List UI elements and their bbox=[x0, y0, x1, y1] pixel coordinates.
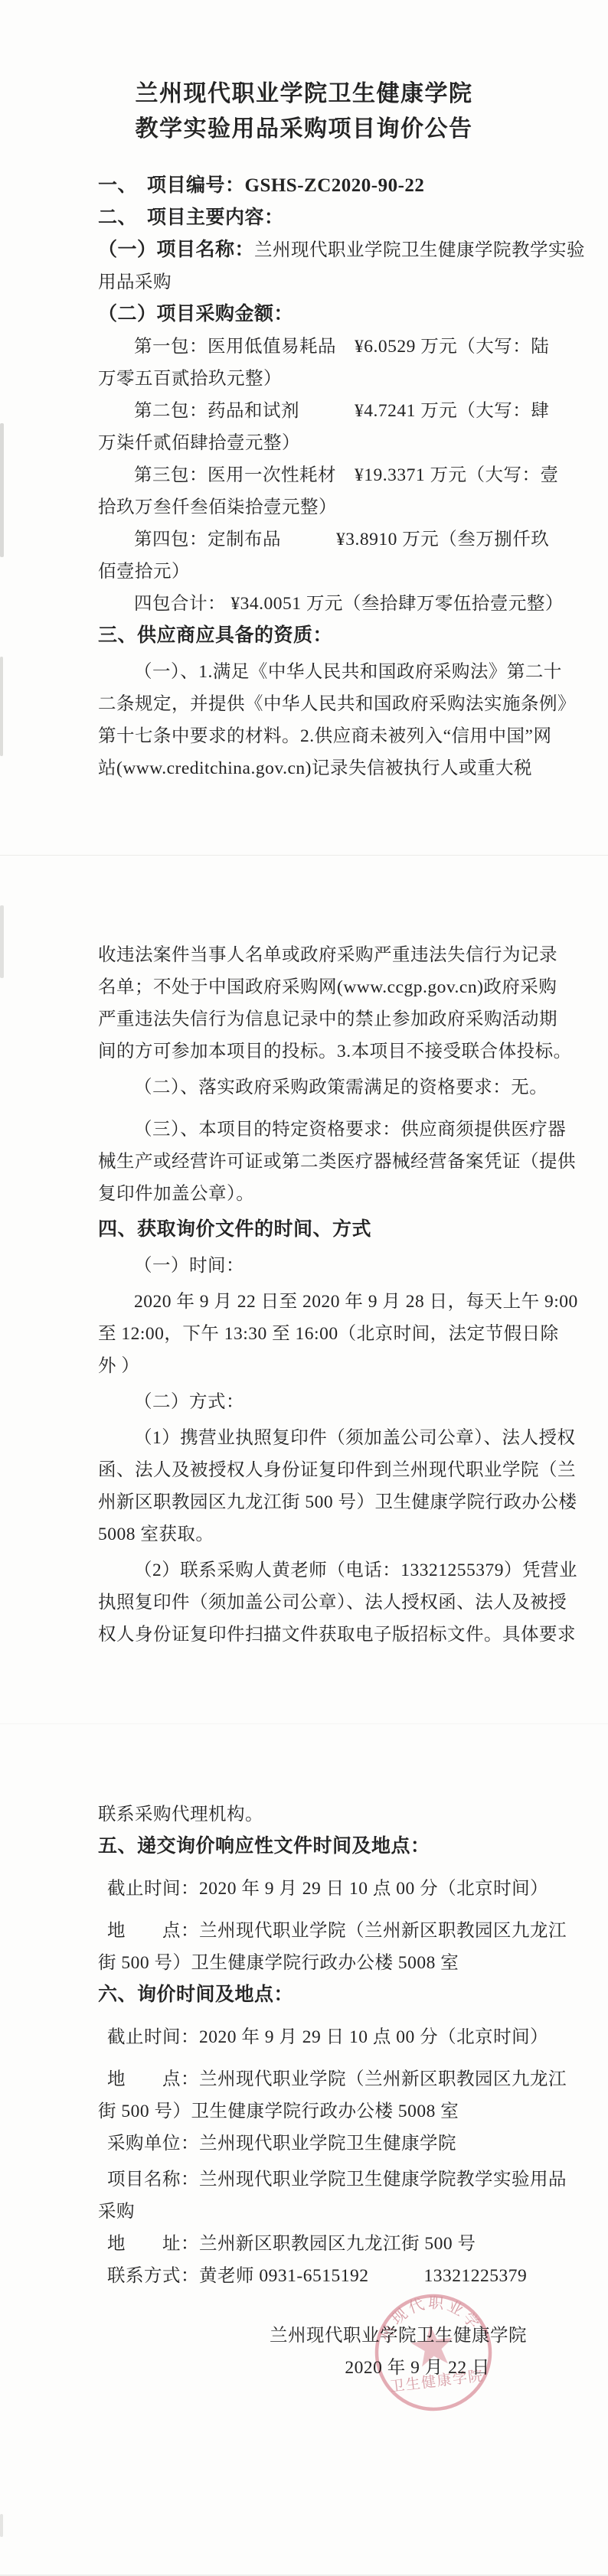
doc-line: 四包合计： ¥34.0051 万元（叁拾肆万零伍拾壹元整） bbox=[0, 588, 608, 620]
doc-line: 五、递交询价响应性文件时间及地点： bbox=[0, 1831, 608, 1863]
seal-star-icon bbox=[409, 2323, 456, 2368]
doc-line-text: 五、递交询价响应性文件时间及地点： bbox=[98, 1836, 430, 1857]
doc-line: （二）方式： bbox=[0, 1386, 608, 1418]
doc-line: 2020 年 9 月 22 日至 2020 年 9 月 28 日，每天上午 9:… bbox=[0, 1286, 608, 1318]
doc-line-text: 佰壹拾元） bbox=[98, 562, 190, 582]
doc-line-text: 5008 室获取。 bbox=[98, 1524, 214, 1544]
doc-line: （一）、1.满足《中华人民共和国政府采购法》第二十 bbox=[0, 656, 608, 688]
doc-line: 截止时间：2020 年 9 月 29 日 10 点 00 分（北京时间） bbox=[0, 2021, 608, 2053]
doc-line: （2）联系采购人黄老师（电话：13321255379）凭营业 bbox=[0, 1554, 608, 1586]
doc-line: （一）时间： bbox=[0, 1250, 608, 1282]
doc-line: 拾玖万叁仟叁佰柒拾壹元整） bbox=[0, 491, 608, 523]
doc-line: 权人身份证复印件扫描文件获取电子版招标文件。具体要求 bbox=[0, 1619, 608, 1651]
doc-line-label: （一）项目名称： bbox=[98, 240, 254, 260]
document-page: 兰州现代职业学院卫生健康学院 教学实验用品采购项目询价公告 一、 项目编号：GS… bbox=[0, 0, 608, 2576]
doc-line: 名单；不处于中国政府采购网(www.ccgp.gov.cn)政府采购 bbox=[0, 971, 608, 1003]
doc-line: 外 ） bbox=[0, 1350, 608, 1382]
doc-line-text: 外 ） bbox=[98, 1356, 139, 1376]
doc-line: 六、询价时间及地点： bbox=[0, 1979, 608, 2011]
doc-line-text: 地 址：兰州新区职教园区九龙江街 500 号 bbox=[107, 2234, 476, 2254]
doc-line: （三）、本项目的特定资格要求：供应商须提供医疗器 bbox=[0, 1114, 608, 1146]
doc-line: 地 点：兰州现代职业学院（兰州新区职教园区九龙江 bbox=[0, 1915, 608, 1947]
doc-line-text: 六、询价时间及地点： bbox=[98, 1984, 293, 2005]
doc-line: （二）、落实政府采购政策需满足的资格要求：无。 bbox=[0, 1071, 608, 1104]
doc-line-text: 用品采购 bbox=[98, 272, 172, 292]
doc-line-text: 第一包：医用低值易耗品 ¥6.0529 万元（大写：陆 bbox=[134, 337, 549, 357]
doc-line-text: 间的方可参加本项目的投标。3.本项目不接受联合体投标。 bbox=[98, 1042, 572, 1061]
doc-line-text: 二条规定，并提供《中华人民共和国政府采购法实施条例》 bbox=[98, 694, 576, 714]
doc-line-text: 地 点：兰州现代职业学院（兰州新区职教园区九龙江 bbox=[107, 2069, 567, 2089]
doc-line: 三、供应商应具备的资质： bbox=[0, 620, 608, 652]
doc-line-text: 联系采购代理机构。 bbox=[98, 1805, 263, 1824]
doc-line: 用品采购 bbox=[0, 266, 608, 298]
doc-title-line2: 教学实验用品采购项目询价公告 bbox=[0, 112, 608, 147]
doc-line: 一、 项目编号：GSHS-ZC2020-90-22 bbox=[0, 170, 608, 202]
doc-line-text: 联系方式：黄老师 0931-6515192 13321225379 bbox=[107, 2266, 527, 2286]
doc-line: 第四包：定制布品 ¥3.8910 万元（叁万捌仟玖 bbox=[0, 523, 608, 556]
doc-line: 第二包：药品和试剂 ¥4.7241 万元（大写：肆 bbox=[0, 395, 608, 427]
doc-line: 联系采购代理机构。 bbox=[0, 1798, 608, 1831]
doc-line-text: 万零五百贰拾玖元整） bbox=[98, 369, 282, 389]
doc-line-text: 执照复印件（须加盖公司公章）、法人授权函、法人及被授 bbox=[98, 1593, 567, 1612]
doc-line-text: 严重违法失信行为信息记录中的禁止参加政府采购活动期 bbox=[98, 1009, 557, 1029]
scan-artifact bbox=[0, 2514, 3, 2537]
doc-line-text: 四、获取询价文件的时间、方式 bbox=[98, 1219, 371, 1240]
seal-bottom-text: 卫生健康学院 bbox=[389, 2367, 485, 2395]
doc-line-text: （一）时间： bbox=[134, 1256, 244, 1276]
doc-line: 截止时间：2020 年 9 月 29 日 10 点 00 分（北京时间） bbox=[0, 1873, 608, 1905]
doc-line: （1）携营业执照复印件（须加盖公司公章）、法人授权 bbox=[0, 1422, 608, 1454]
doc-line-text: （二）方式： bbox=[134, 1392, 244, 1412]
doc-line: 严重违法失信行为信息记录中的禁止参加政府采购活动期 bbox=[0, 1003, 608, 1035]
doc-line: 至 12:00，下午 13:30 至 16:00（北京时间，法定节假日除 bbox=[0, 1318, 608, 1350]
doc-line: 联系方式：黄老师 0931-6515192 13321225379 bbox=[0, 2260, 608, 2292]
doc-line-text: 第二包：药品和试剂 ¥4.7241 万元（大写：肆 bbox=[134, 401, 549, 421]
doc-line-text: （二）、落实政府采购政策需满足的资格要求：无。 bbox=[134, 1078, 548, 1097]
doc-line-text: 州新区职教园区九龙江街 500 号）卫生健康学院行政办公楼 bbox=[98, 1492, 577, 1512]
doc-line-text: 街 500 号）卫生健康学院行政办公楼 5008 室 bbox=[98, 1953, 459, 1973]
doc-line-text: （2）联系采购人黄老师（电话：13321255379）凭营业 bbox=[134, 1560, 577, 1580]
doc-line: 四、获取询价文件的时间、方式 bbox=[0, 1214, 608, 1246]
doc-line: 第三包：医用一次性耗材 ¥19.3371 万元（大写：壹 bbox=[0, 459, 608, 491]
doc-line: 万零五百贰拾玖元整） bbox=[0, 363, 608, 395]
doc-line: 间的方可参加本项目的投标。3.本项目不接受联合体投标。 bbox=[0, 1035, 608, 1068]
doc-line: 第一包：医用低值易耗品 ¥6.0529 万元（大写：陆 bbox=[0, 331, 608, 363]
doc-line: 州新区职教园区九龙江街 500 号）卫生健康学院行政办公楼 bbox=[0, 1486, 608, 1518]
doc-line-text: 一、 项目编号：GSHS-ZC2020-90-22 bbox=[98, 175, 424, 196]
doc-line: 地 点：兰州现代职业学院（兰州新区职教园区九龙江 bbox=[0, 2063, 608, 2095]
signature-org: 兰州现代职业学院卫生健康学院 bbox=[0, 2320, 608, 2352]
doc-line: 收违法案件当事人名单或政府采购严重违法失信行为记录 bbox=[0, 939, 608, 971]
doc-line: 函、法人及被授权人身份证复印件到兰州现代职业学院（兰 bbox=[0, 1454, 608, 1486]
doc-line: 佰壹拾元） bbox=[0, 556, 608, 588]
doc-line-text: 四包合计： ¥34.0051 万元（叁拾肆万零伍拾壹元整） bbox=[134, 594, 564, 614]
doc-line-text: 截止时间：2020 年 9 月 29 日 10 点 00 分（北京时间） bbox=[107, 2027, 548, 2047]
doc-line-text: 2020 年 9 月 22 日至 2020 年 9 月 28 日，每天上午 9:… bbox=[134, 1292, 578, 1312]
doc-line: 二条规定，并提供《中华人民共和国政府采购法实施条例》 bbox=[0, 688, 608, 720]
doc-line: 采购 bbox=[0, 2196, 608, 2228]
doc-line: 街 500 号）卫生健康学院行政办公楼 5008 室 bbox=[0, 1947, 608, 1979]
doc-line: 采购单位：兰州现代职业学院卫生健康学院 bbox=[0, 2128, 608, 2160]
doc-line: （二）项目采购金额： bbox=[0, 298, 608, 331]
doc-line-text: （一）、1.满足《中华人民共和国政府采购法》第二十 bbox=[134, 662, 562, 682]
doc-line-text: 地 点：兰州现代职业学院（兰州新区职教园区九龙江 bbox=[107, 1921, 567, 1941]
doc-line-text: 截止时间：2020 年 9 月 29 日 10 点 00 分（北京时间） bbox=[107, 1879, 548, 1899]
doc-line: （一）项目名称：兰州现代职业学院卫生健康学院教学实验 bbox=[0, 234, 608, 266]
doc-line: 地 址：兰州新区职教园区九龙江街 500 号 bbox=[0, 2228, 608, 2260]
doc-line-text: 至 12:00，下午 13:30 至 16:00（北京时间，法定节假日除 bbox=[98, 1324, 559, 1344]
doc-line-text: 收违法案件当事人名单或政府采购严重违法失信行为记录 bbox=[98, 945, 557, 965]
doc-line: 项目名称：兰州现代职业学院卫生健康学院教学实验用品 bbox=[0, 2164, 608, 2196]
doc-line-text: （三）、本项目的特定资格要求：供应商须提供医疗器 bbox=[134, 1120, 566, 1140]
doc-line: 5008 室获取。 bbox=[0, 1518, 608, 1550]
signature-date: 2020 年 9 月 22 日 bbox=[0, 2352, 608, 2384]
doc-line-text: （1）携营业执照复印件（须加盖公司公章）、法人授权 bbox=[134, 1428, 576, 1448]
doc-line: 街 500 号）卫生健康学院行政办公楼 5008 室 bbox=[0, 2095, 608, 2128]
doc-line: 万柒仟贰佰肆拾壹元整） bbox=[0, 427, 608, 459]
doc-line-text: 第十七条中要求的材料。2.供应商未被列入“信用中国”网 bbox=[98, 726, 552, 746]
doc-line-text: 第三包：医用一次性耗材 ¥19.3371 万元（大写：壹 bbox=[134, 465, 559, 485]
doc-line-text: 三、供应商应具备的资质： bbox=[98, 625, 332, 646]
doc-line-text: （二）项目采购金额： bbox=[98, 304, 293, 324]
doc-line: 二、 项目主要内容： bbox=[0, 202, 608, 234]
doc-line-text: 复印件加盖公章）。 bbox=[98, 1184, 254, 1204]
doc-line: 械生产或经营许可证或第二类医疗器械经营备案凭证（提供 bbox=[0, 1146, 608, 1178]
doc-line-text: 权人身份证复印件扫描文件获取电子版招标文件。具体要求 bbox=[98, 1625, 576, 1645]
doc-line-text: 项目名称：兰州现代职业学院卫生健康学院教学实验用品 bbox=[107, 2170, 567, 2190]
doc-line-text: 名单；不处于中国政府采购网(www.ccgp.gov.cn)政府采购 bbox=[98, 977, 557, 997]
doc-line-text: 采购 bbox=[98, 2202, 135, 2222]
doc-line-text: 二、 项目主要内容： bbox=[98, 207, 284, 228]
doc-body: 兰州现代职业学院卫生健康学院 教学实验用品采购项目询价公告 一、 项目编号：GS… bbox=[0, 77, 608, 2384]
doc-line-text: 站(www.creditchina.gov.cn)记录失信被执行人或重大税 bbox=[98, 758, 532, 778]
doc-lines: 一、 项目编号：GSHS-ZC2020-90-22二、 项目主要内容：（一）项目… bbox=[0, 170, 608, 2292]
doc-line-text: 采购单位：兰州现代职业学院卫生健康学院 bbox=[107, 2134, 456, 2154]
official-seal: 兰州现代职业学院 卫生健康学院 bbox=[365, 2284, 502, 2421]
doc-line-text: 街 500 号）卫生健康学院行政办公楼 5008 室 bbox=[98, 2102, 459, 2121]
doc-line-text: 兰州现代职业学院卫生健康学院教学实验 bbox=[254, 240, 585, 260]
doc-line-text: 万柒仟贰佰肆拾壹元整） bbox=[98, 433, 300, 453]
doc-line-text: 拾玖万叁仟叁佰柒拾壹元整） bbox=[98, 497, 337, 517]
doc-line: 复印件加盖公章）。 bbox=[0, 1178, 608, 1210]
doc-line-text: 第四包：定制布品 ¥3.8910 万元（叁万捌仟玖 bbox=[134, 530, 549, 549]
doc-title-line1: 兰州现代职业学院卫生健康学院 bbox=[0, 77, 608, 112]
doc-line: 站(www.creditchina.gov.cn)记录失信被执行人或重大税 bbox=[0, 752, 608, 784]
doc-line-text: 函、法人及被授权人身份证复印件到兰州现代职业学院（兰 bbox=[98, 1460, 576, 1480]
doc-line: 第十七条中要求的材料。2.供应商未被列入“信用中国”网 bbox=[0, 720, 608, 752]
doc-line-text: 械生产或经营许可证或第二类医疗器械经营备案凭证（提供 bbox=[98, 1152, 576, 1172]
doc-line: 执照复印件（须加盖公司公章）、法人授权函、法人及被授 bbox=[0, 1586, 608, 1619]
